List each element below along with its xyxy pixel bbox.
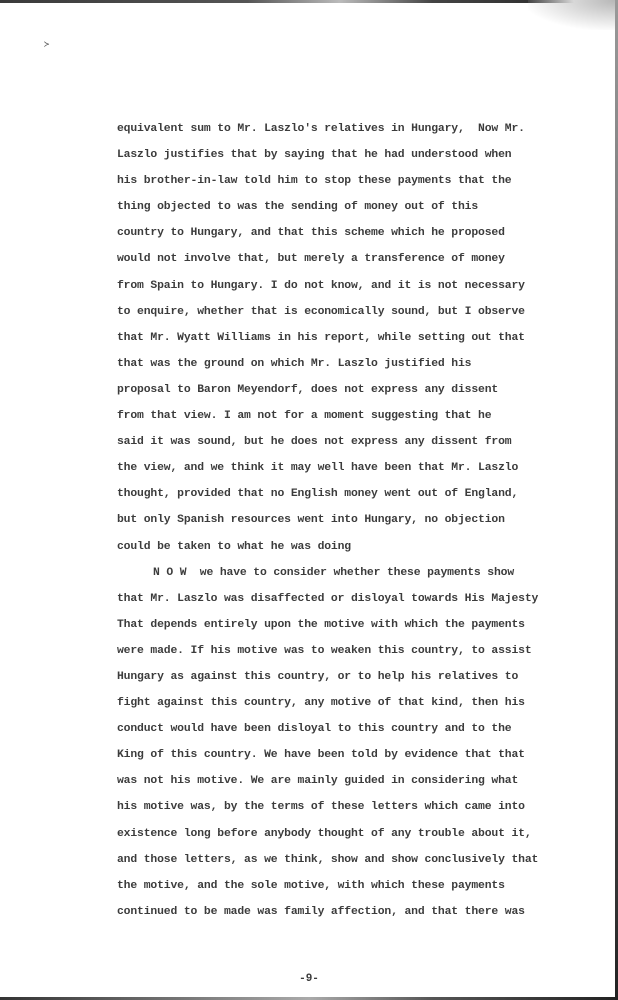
scan-edge-top <box>0 0 618 3</box>
text-line: That depends entirely upon the motive wi… <box>117 612 587 638</box>
text-line: were made. If his motive was to weaken t… <box>117 638 587 664</box>
text-line: Hungary as against this country, or to h… <box>117 664 587 690</box>
text-line: could be taken to what he was doing <box>117 534 587 560</box>
text-line: existence long before anybody thought of… <box>117 821 587 847</box>
margin-mark: ≻ <box>44 40 49 50</box>
text-line: equivalent sum to Mr. Laszlo's relatives… <box>117 116 587 142</box>
text-line: that Mr. Wyatt Williams in his report, w… <box>117 325 587 351</box>
text-line: the view, and we think it may well have … <box>117 455 587 481</box>
typed-page-body: equivalent sum to Mr. Laszlo's relatives… <box>117 116 587 925</box>
text-line: from that view. I am not for a moment su… <box>117 403 587 429</box>
text-line: conduct would have been disloyal to this… <box>117 716 587 742</box>
text-line: to enquire, whether that is economically… <box>117 299 587 325</box>
text-line: that was the ground on which Mr. Laszlo … <box>117 351 587 377</box>
text-line: country to Hungary, and that this scheme… <box>117 220 587 246</box>
text-line: and those letters, as we think, show and… <box>117 847 587 873</box>
text-line: thought, provided that no English money … <box>117 481 587 507</box>
paragraph-start-line: N O W we have to consider whether these … <box>117 560 587 586</box>
text-line: thing objected to was the sending of mon… <box>117 194 587 220</box>
text-line: from Spain to Hungary. I do not know, an… <box>117 273 587 299</box>
text-line: Laszlo justifies that by saying that he … <box>117 142 587 168</box>
text-line: King of this country. We have been told … <box>117 742 587 768</box>
text-line: would not involve that, but merely a tra… <box>117 246 587 272</box>
scan-shadow-corner <box>528 0 618 30</box>
text-line: his motive was, by the terms of these le… <box>117 794 587 820</box>
text-line: said it was sound, but he does not expre… <box>117 429 587 455</box>
page-number: -9- <box>0 973 618 985</box>
text-line: proposal to Baron Meyendorf, does not ex… <box>117 377 587 403</box>
text-line: was not his motive. We are mainly guided… <box>117 768 587 794</box>
text-line: that Mr. Laszlo was disaffected or dislo… <box>117 586 587 612</box>
text-line: continued to be made was family affectio… <box>117 899 587 925</box>
text-line: the motive, and the sole motive, with wh… <box>117 873 587 899</box>
text-line: but only Spanish resources went into Hun… <box>117 507 587 533</box>
text-line: his brother-in-law told him to stop thes… <box>117 168 587 194</box>
text-line: fight against this country, any motive o… <box>117 690 587 716</box>
